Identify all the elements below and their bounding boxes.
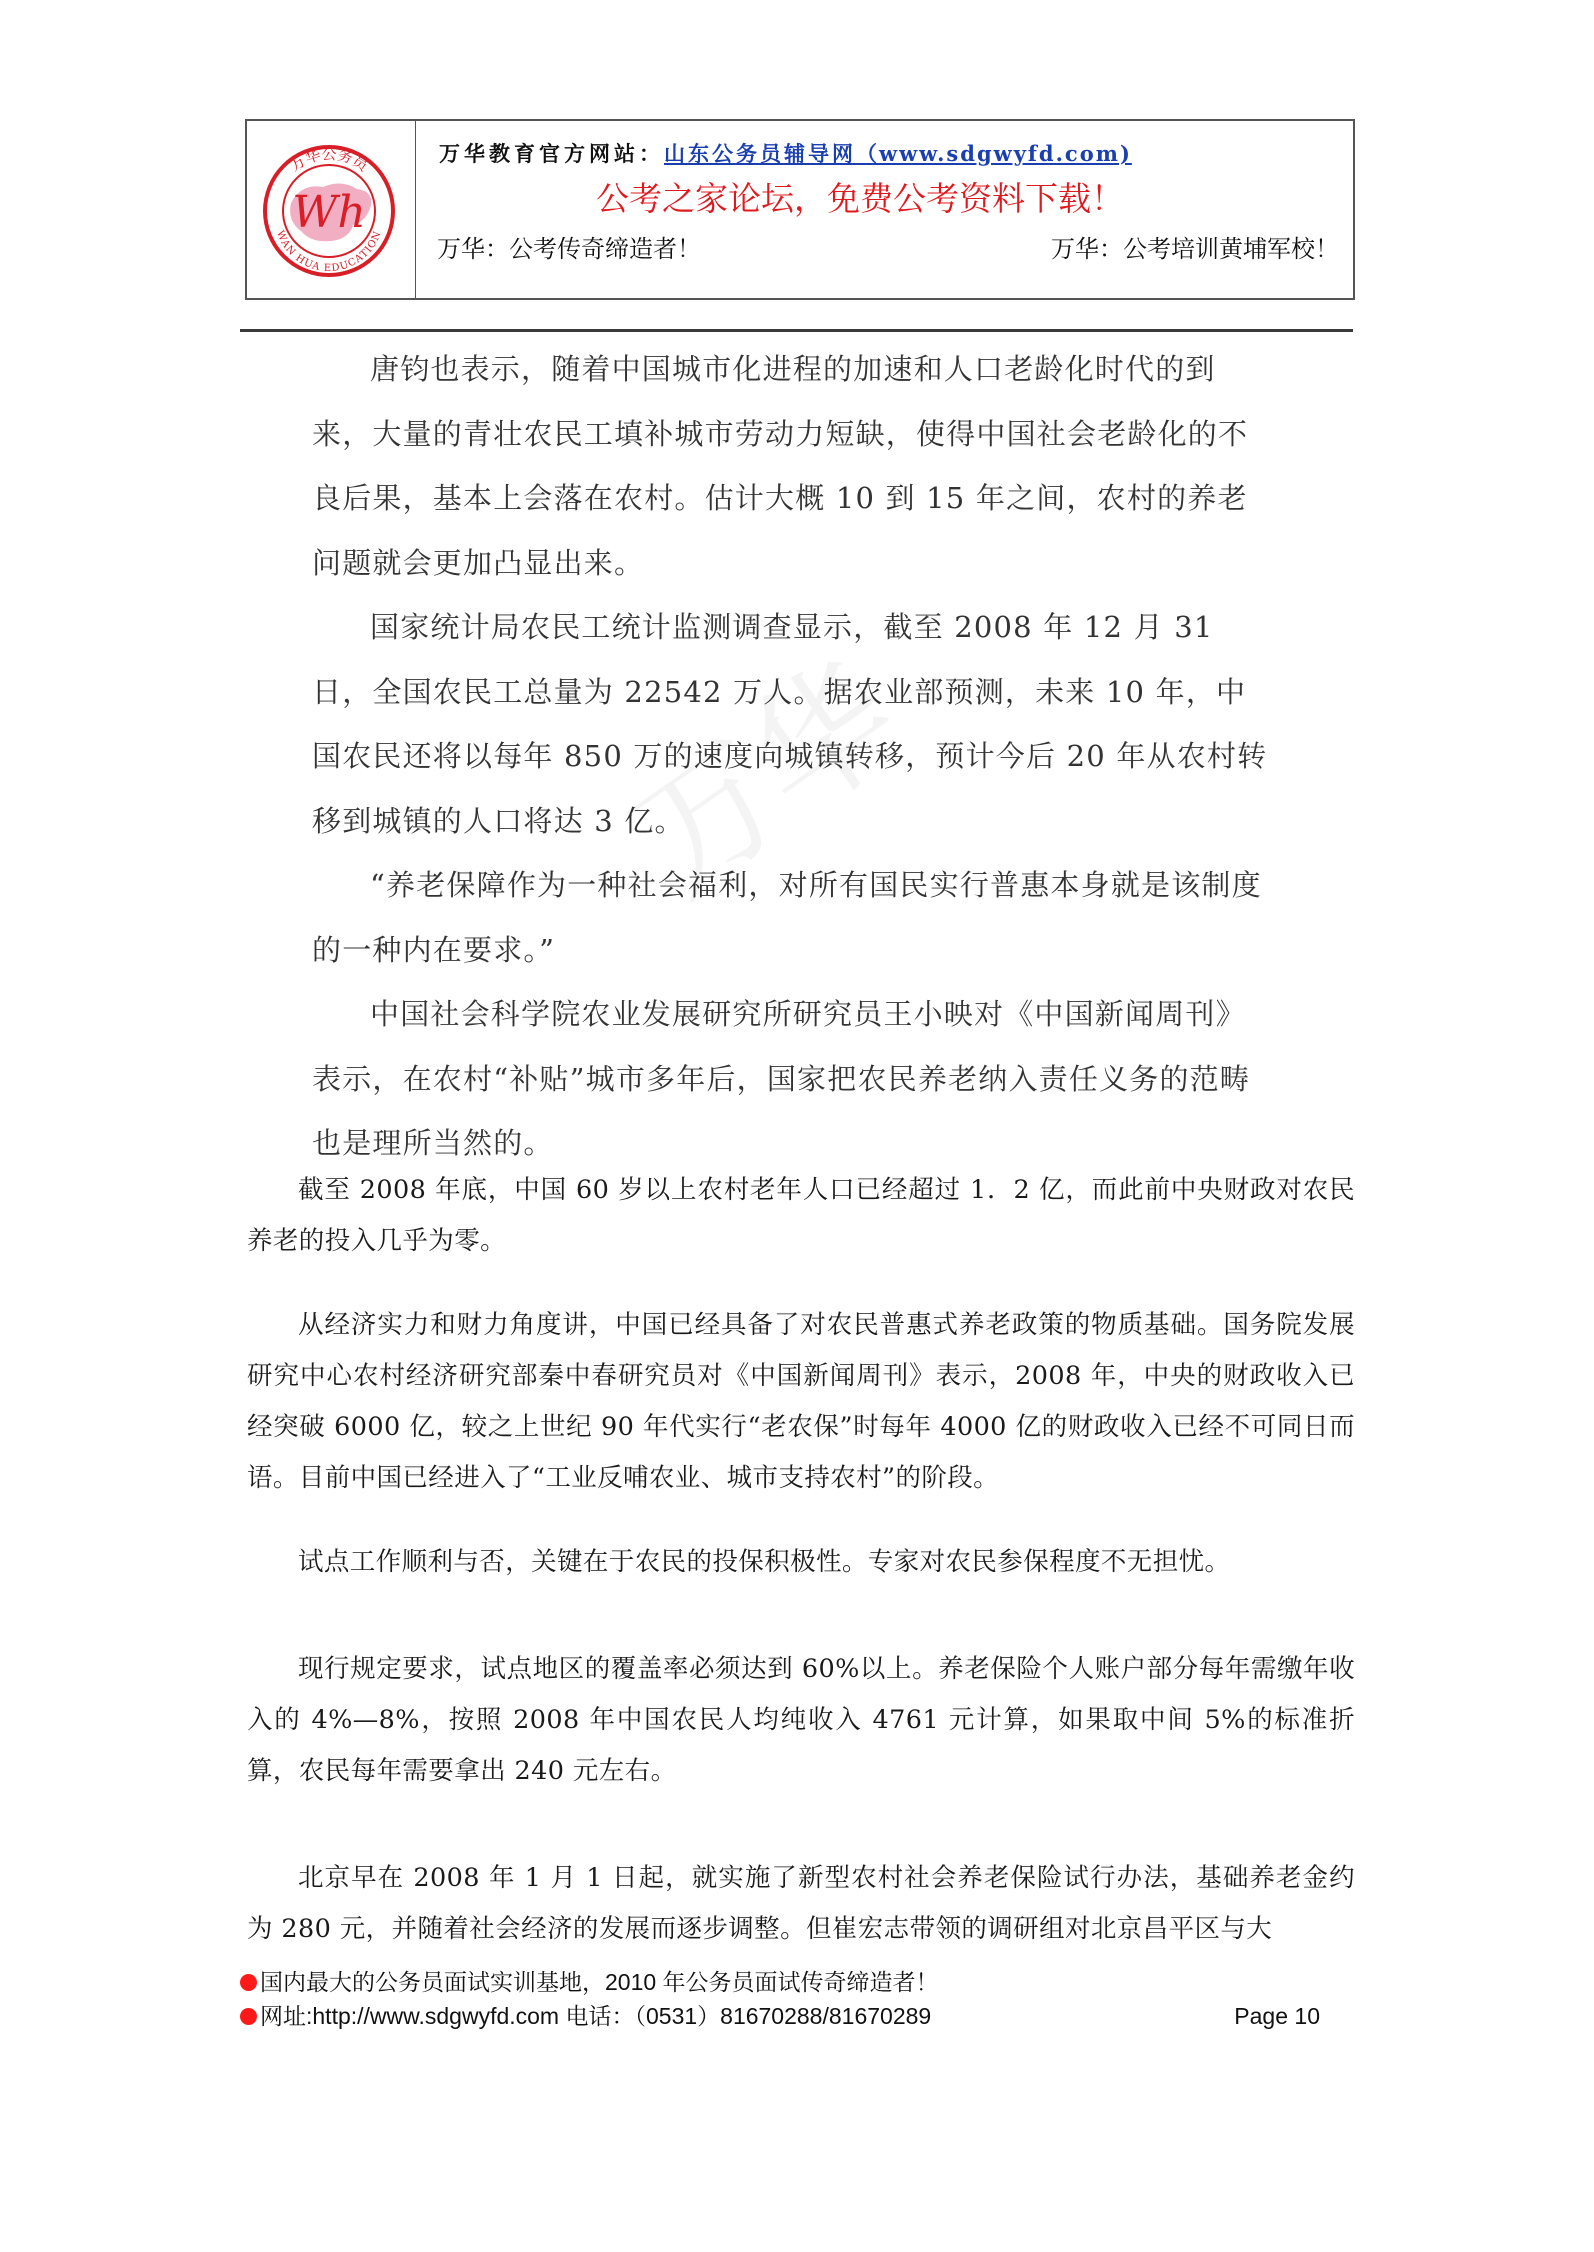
scanned-text-body: 唐钧也表示，随着中国城市化进程的加速和人口老龄化时代的到来，大量的青壮农民工填补… [312,337,1272,1176]
page-number: Page 10 [1234,1999,1320,2033]
article-body: 截至 2008 年底，中国 60 岁以上农村老年人口已经超过 1．2 亿，而此前… [247,1165,1355,1988]
scanned-paragraph: 唐钧也表示，随着中国城市化进程的加速和人口老龄化时代的到来，大量的青壮农民工填补… [312,337,1272,595]
footer-contact: 网址:http://www.sdgwyfd.com 电话：（0531）81670… [260,2003,931,2029]
slogan-left: 万华：公考传奇缔造者！ [437,229,701,264]
site-url-link[interactable]: （www.sdgwyfd.com) [856,141,1132,166]
scanned-paragraph: 中国社会科学院农业发展研究所研究员王小映对《中国新闻周刊》表示，在农村“补贴”城… [312,982,1272,1176]
scanned-paragraph: “养老保障作为一种社会福利，对所有国民实行普惠本身就是该制度的一种内在要求。” [312,853,1272,982]
svg-text:Wh: Wh [292,187,366,238]
divider-rule [240,329,1353,332]
body-paragraph: 截至 2008 年底，中国 60 岁以上农村老年人口已经超过 1．2 亿，而此前… [247,1165,1355,1267]
site-name-link[interactable]: 山东公务员辅导网 [664,142,856,166]
wanhua-education-seal-icon: Wh 万华公务员 WAN HUA EDUCATION [261,143,397,279]
header-text-area: 万华教育官方网站：山东公务员辅导网（www.sdgwyfd.com) 公考之家论… [427,121,1353,298]
footer-line-1: 国内最大的公务员面试实训基地，2010 年公务员面试传奇缔造者！ [240,1965,1350,1999]
body-paragraph: 现行规定要求，试点地区的覆盖率必须达到 60%以上。养老保险个人账户部分每年需缴… [247,1644,1355,1797]
scanned-article-excerpt: 万华 唐钧也表示，随着中国城市化进程的加速和人口老龄化时代的到来，大量的青壮农民… [240,329,1353,1144]
official-site-line: 万华教育官方网站：山东公务员辅导网（www.sdgwyfd.com) [439,138,1132,168]
slogan-right: 万华：公考培训黄埔军校！ [1051,229,1339,264]
page-header-box: Wh 万华公务员 WAN HUA EDUCATION 万华教育官方网站：山东公务… [245,119,1355,300]
footer-line-2: 网址:http://www.sdgwyfd.com 电话：（0531）81670… [240,1999,1350,2033]
forum-slogan: 公考之家论坛，免费公考资料下载！ [427,173,1293,220]
red-dot-icon [240,1974,257,1991]
page-footer: 国内最大的公务员面试实训基地，2010 年公务员面试传奇缔造者！ 网址:http… [240,1965,1350,2033]
body-paragraph: 从经济实力和财力角度讲，中国已经具备了对农民普惠式养老政策的物质基础。国务院发展… [247,1300,1355,1504]
body-paragraph: 北京早在 2008 年 1 月 1 日起，就实施了新型农村社会养老保险试行办法，… [247,1853,1355,1955]
logo-cell: Wh 万华公务员 WAN HUA EDUCATION [247,121,416,298]
red-dot-icon [240,2008,257,2025]
svg-text:万华公务员: 万华公务员 [287,145,373,175]
scanned-paragraph: 国家统计局农民工统计监测调查显示，截至 2008 年 12 月 31 日，全国农… [312,595,1272,853]
footer-slogan: 国内最大的公务员面试实训基地，2010 年公务员面试传奇缔造者！ [260,1969,939,1995]
official-site-label: 万华教育官方网站： [439,142,664,166]
body-paragraph: 试点工作顺利与否，关键在于农民的投保积极性。专家对农民参保程度不无担忧。 [247,1537,1355,1588]
